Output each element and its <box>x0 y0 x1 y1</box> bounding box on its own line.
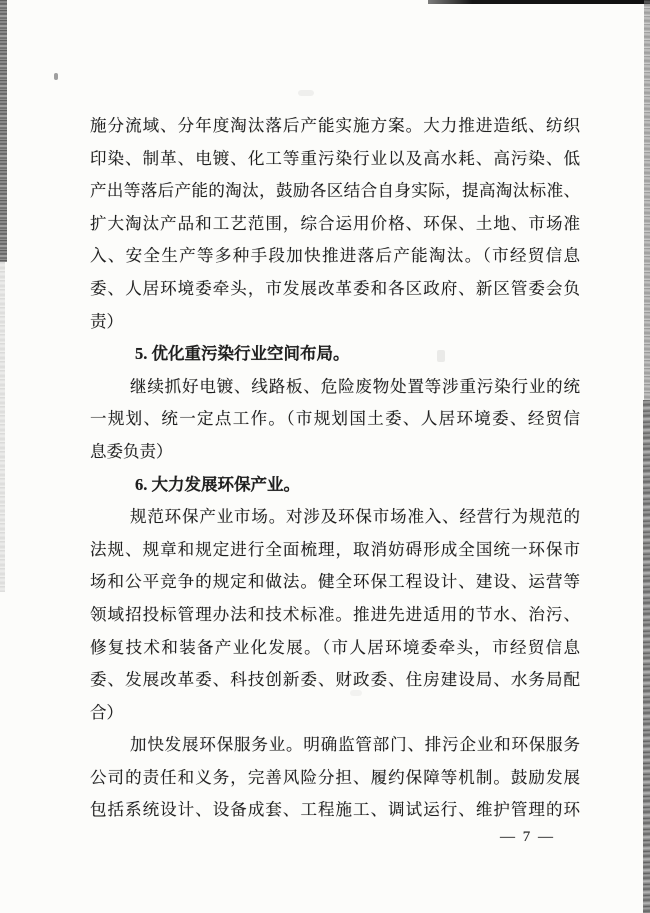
text-line: 委、人居环境委牵头，市发展改革委和各区政府、新区管委会负 <box>90 273 580 306</box>
scan-artifact-top-edge <box>428 0 650 4</box>
scanned-document-page: { "colors": { "paper": "#fcfcfa", "ink":… <box>0 0 650 913</box>
page-number: — 7 — <box>500 829 555 846</box>
text-line: 加快发展环保服务业。明确监管部门、排污企业和环保服务 <box>90 729 580 762</box>
section-heading-5: 5. 优化重污染行业空间布局。 <box>90 338 580 371</box>
text-line: 产出等落后产能的淘汰，鼓励各区结合自身实际，提高淘汰标准、 <box>90 175 580 208</box>
text-line: 法规、规章和规定进行全面梳理，取消妨碍形成全国统一环保市 <box>90 534 580 567</box>
text-line: 印染、制革、电镀、化工等重污染行业以及高水耗、高污染、低 <box>90 143 580 176</box>
text-line: 领域招投标管理办法和技术标准。推进先进适用的节水、治污、 <box>90 599 580 632</box>
text-line: 修复技术和装备产业化发展。（市人居环境委牵头，市经贸信息 <box>90 632 580 665</box>
section-heading-6: 6. 大力发展环保产业。 <box>90 469 580 502</box>
text-line: 扩大淘汰产品和工艺范围，综合运用价格、环保、土地、市场准 <box>90 208 580 241</box>
text-line: 一规划、统一定点工作。（市规划国土委、人居环境委、经贸信 <box>90 403 580 436</box>
text-line: 入、安全生产等多种手段加快推进落后产能淘汰。（市经贸信息 <box>90 240 580 273</box>
scan-speck <box>54 73 58 80</box>
text-line: 责） <box>90 306 580 339</box>
text-line: 公司的责任和义务，完善风险分担、履约保障等机制。鼓励发展 <box>90 762 580 795</box>
text-line: 场和公平竞争的规定和做法。健全环保工程设计、建设、运营等 <box>90 566 580 599</box>
scan-artifact-left-edge-faint <box>0 262 5 592</box>
text-line: 息委负责） <box>90 436 580 469</box>
text-line: 合） <box>90 697 580 730</box>
text-line: 包括系统设计、设备成套、工程施工、调试运行、维护管理的环 <box>90 794 580 827</box>
text-line: 继续抓好电镀、线路板、危险废物处置等涉重污染行业的统 <box>90 371 580 404</box>
text-line: 规范环保产业市场。对涉及环保市场准入、经营行为规范的 <box>90 501 580 534</box>
text-line: 施分流域、分年度淘汰落后产能实施方案。大力推进造纸、纺织 <box>90 110 580 143</box>
scan-artifact-left-edge <box>0 0 7 262</box>
scan-smudge <box>298 90 314 96</box>
scan-artifact-right-edge-bottom <box>643 400 650 913</box>
page-body-text: 施分流域、分年度淘汰落后产能实施方案。大力推进造纸、纺织 印染、制革、电镀、化工… <box>90 110 580 827</box>
text-line: 委、发展改革委、科技创新委、财政委、住房建设局、水务局配 <box>90 664 580 697</box>
scan-artifact-right-edge-top <box>644 0 650 400</box>
